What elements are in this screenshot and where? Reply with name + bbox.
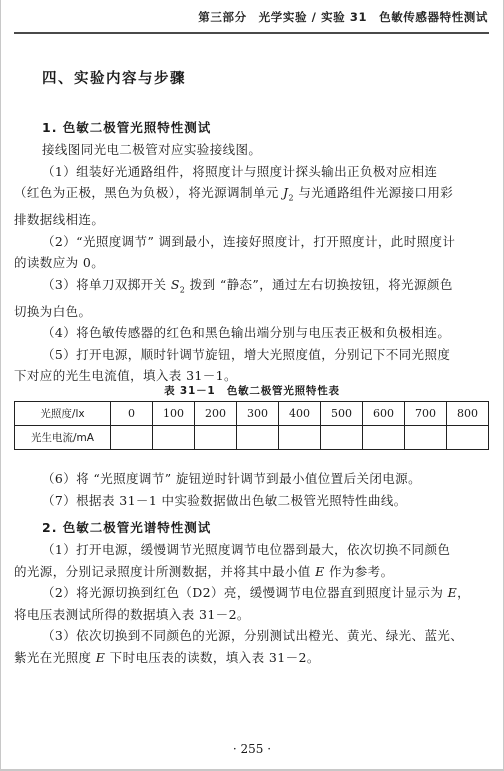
table-cell	[405, 426, 447, 450]
header-rule	[14, 32, 489, 34]
step-1-line-2: （红色为正极，黑色为负极），将光源调制单元 J2 与光通路组件光源接口用彩	[14, 182, 489, 209]
row-header-illuminance: 光照度/lx	[15, 402, 111, 426]
table-cell: 500	[321, 402, 363, 426]
variable-s: S	[171, 277, 180, 292]
running-head-part: 第三部分	[198, 10, 246, 24]
running-head: 第三部分光学实验 / 实验 31色敏传感器特性测试	[198, 9, 488, 25]
variable-e: E	[448, 585, 458, 600]
data-table: 光照度/lx 0 100 200 300 400 500 600 700 800…	[14, 401, 489, 450]
table-cell	[279, 426, 321, 450]
step-2-line-2: 将电压表测试所得的数据填入表 31－2。	[14, 604, 489, 626]
running-head-title: 色敏传感器特性测试	[379, 10, 488, 24]
step-2-line-1: （2）将光源切换到红色（D2）亮，缓慢调节电位器直到照度计显示为 E，	[14, 582, 489, 604]
table-cell: 0	[111, 402, 153, 426]
table-cell: 100	[153, 402, 195, 426]
table-cell: 300	[237, 402, 279, 426]
step-3-line-1: （3）依次切换到不同颜色的光源，分别测试出橙光、黄光、绿光、蓝光、	[14, 625, 489, 647]
step-1-line-1: （1）组装好光通路组件，将照度计与照度计探头输出正负极对应相连	[14, 161, 489, 183]
subsection-2-body: （1）打开电源，缓慢调节光照度调节电位器到最大，依次切换不同颜色 的光源，分别记…	[14, 539, 489, 668]
table-cell	[237, 426, 279, 450]
table-caption: 表 31－1 色敏二极管光照特性表	[0, 383, 504, 398]
step-1-line-3: 排数据线相连。	[14, 209, 489, 231]
subsection-title-1: 1. 色敏二极管光照特性测试	[42, 118, 211, 136]
running-head-chapter: 光学实验 / 实验 31	[259, 10, 367, 24]
table-cell	[195, 426, 237, 450]
table-cell	[363, 426, 405, 450]
table-cell: 600	[363, 402, 405, 426]
table-row: 光照度/lx 0 100 200 300 400 500 600 700 800	[15, 402, 489, 426]
step-4: （4）将色敏传感器的红色和黑色输出端分别与电压表正极和负极相连。	[14, 322, 489, 344]
table-row: 光生电流/mA	[15, 426, 489, 450]
step-1-line-1: （1）打开电源，缓慢调节光照度调节电位器到最大，依次切换不同颜色	[14, 539, 489, 561]
row-header-photocurrent: 光生电流/mA	[15, 426, 111, 450]
step-5-line-1: （5）打开电源，顺时针调节旋钮，增大光照度值，分别记下不同光照度	[14, 344, 489, 366]
subsection-1-body: 接线图同光电二极管对应实验接线图。 （1）组装好光通路组件，将照度计与照度计探头…	[14, 139, 489, 387]
table-cell: 800	[447, 402, 489, 426]
table-cell	[153, 426, 195, 450]
variable-e: E	[96, 650, 106, 665]
step-1-line-2: 的光源，分别记录照度计所测数据，并将其中最小值 E 作为参考。	[14, 561, 489, 583]
section-title: 四、实验内容与步骤	[42, 67, 186, 88]
step-3-line-1: （3）将单刀双掷开关 S2 拨到 “静态”，通过左右切换按钮，将光源颜色	[14, 274, 489, 301]
table-cell: 200	[195, 402, 237, 426]
page-number: · 255 ·	[0, 742, 504, 756]
step-2-line-1: （2）“光照度调节” 调到最小，连接好照度计，打开照度计，此时照度计	[14, 231, 489, 253]
table-cell: 700	[405, 402, 447, 426]
step-3-line-2: 切换为白色。	[14, 301, 489, 323]
variable-e: E	[315, 564, 325, 579]
step-3-line-2: 紫光在光照度 E 下时电压表的读数，填入表 31－2。	[14, 647, 489, 669]
intro-text: 接线图同光电二极管对应实验接线图。	[14, 139, 489, 161]
table-cell	[321, 426, 363, 450]
table-cell: 400	[279, 402, 321, 426]
step-7: （7）根据表 31－1 中实验数据做出色敏二极管光照特性曲线。	[14, 490, 489, 512]
step-6: （6）将 “光照度调节” 旋钮逆时针调节到最小值位置后关闭电源。	[14, 468, 489, 490]
table-cell	[447, 426, 489, 450]
step-2-line-2: 的读数应为 0。	[14, 252, 489, 274]
table-cell	[111, 426, 153, 450]
subsection-1-tail: （6）将 “光照度调节” 旋钮逆时针调节到最小值位置后关闭电源。 （7）根据表 …	[14, 468, 489, 511]
subsection-title-2: 2. 色敏二极管光谱特性测试	[42, 518, 211, 536]
